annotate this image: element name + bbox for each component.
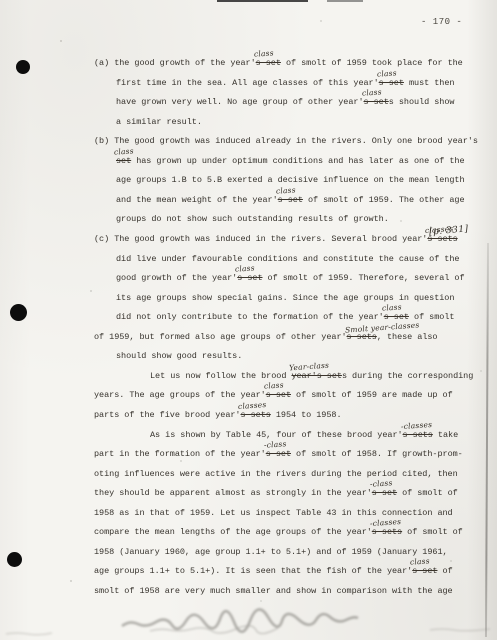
typed-text: they should be apparent almost as strong… [94,488,372,498]
text-line: As is shown by Table 45, four of these b… [150,429,458,441]
page-number: - 170 - [421,17,462,27]
typed-text: part in the formation of the year' [94,449,266,459]
text-line: and the mean weight of the year's setcla… [116,194,465,206]
typed-text: (c) The good growth was induced in the r… [94,234,427,244]
typed-text: groups do not show such outstanding resu… [116,214,389,224]
text-line: compare the mean lengths of the age grou… [94,526,463,538]
handwritten-annotation: class [381,303,401,312]
corrected-text: s setsclasses [427,233,457,245]
scanned-document-page: - 170 - [p. 331] (a) the good growth of … [0,0,497,640]
typed-text: 1954 to 1958. [271,410,342,420]
strikethrough-text: s set [237,273,262,283]
strikethrough-text: s set [266,390,291,400]
typed-text: of smolt of 1959 are made up of [291,390,453,400]
text-line: smolt of 1958 are very much smaller and … [94,585,453,597]
strikethrough-text: set [116,156,131,166]
handwritten-annotation: class [410,557,430,566]
text-line: they should be apparent almost as strong… [94,487,458,499]
handwritten-annotation: classes [425,225,454,235]
handwritten-annotation: class [263,381,283,390]
text-line: groups do not show such outstanding resu… [116,213,389,225]
typed-text: of [437,566,452,576]
typed-text: age groups 1.1+ to 5.1+). It is seen tha… [94,566,412,576]
strikethrough-text: s set [364,97,389,107]
typed-text: s during the corresponding [342,371,473,381]
scan-artifact-line [327,0,363,2]
typed-text: 1958 (January 1960, age group 1.1+ to 5.… [94,547,448,557]
handwritten-annotation: class [275,186,295,195]
bleed-through-smudge [0,600,497,640]
handwritten-annotation: -class [263,440,286,450]
typed-text: age groups 1.B to 5.B exerted a decisive… [116,175,465,185]
handwritten-annotation: -classes [400,420,432,430]
corrected-text: s set-class [372,487,397,499]
typed-text: and the mean weight of the year' [116,195,278,205]
paper-speckles [60,40,62,42]
typed-text: of smolt of 1959. The other age [303,195,465,205]
handwritten-annotation: -class [370,479,393,489]
typed-text: a similar result. [116,117,202,127]
strikethrough-text: s set [256,58,281,68]
typed-text: Let us now follow the brood [150,371,291,381]
typed-text: good growth of the year' [116,273,237,283]
typed-text: of 1959, but formed also age groups of o… [94,332,347,342]
text-line: 1958 (January 1960, age group 1.1+ to 5.… [94,546,448,558]
corrected-text: s sets-classes [403,429,433,441]
corrected-text: s setclass [266,389,291,401]
hole-punch-mark [10,304,27,321]
corrected-text: s setclass [256,57,281,69]
corrected-text: s sets-classes [372,526,402,538]
text-line: (c) The good growth was induced in the r… [94,233,458,245]
text-line: parts of the five brood year's setsclass… [94,409,342,421]
typed-text: oting influences were active in the rive… [94,469,458,479]
typed-text: As is shown by Table 45, four of these b… [150,430,403,440]
text-line: part in the formation of the year's set-… [94,448,463,460]
text-line: a similar result. [116,116,202,128]
typed-text: , these also [377,332,438,342]
text-line: age groups 1.1+ to 5.1+). It is seen tha… [94,565,453,577]
text-line: years. The age groups of the year's setc… [94,389,453,401]
handwritten-annotation: class [114,147,134,156]
strikethrough-text: s sets [403,430,433,440]
corrected-text: s setsclasses [240,409,270,421]
text-line: should show good results. [116,350,242,362]
corrected-text: year's setYear-class [291,370,342,382]
typed-text: of smolt of [402,527,463,537]
strikethrough-text: s sets [240,410,270,420]
handwritten-annotation: -classes [370,517,402,527]
typed-text: of smolt of 1958. If growth-prom- [291,449,463,459]
strikethrough-text: s sets [372,527,402,537]
typed-text: (b) The good growth was induced already … [94,136,478,146]
typed-text: of smolt of [397,488,458,498]
handwritten-annotation: class [235,264,255,273]
text-line: oting influences were active in the rive… [94,468,458,480]
text-line: have grown very well. No age group of ot… [116,96,454,108]
text-line: of 1959, but formed also age groups of o… [94,331,437,343]
hole-punch-mark [7,552,22,567]
typed-text: its age groups show special gains. Since… [116,293,454,303]
typed-text: smolt of 1958 are very much smaller and … [94,586,453,596]
typed-text: must then [404,78,455,88]
hole-punch-mark [16,60,30,74]
typed-text: parts of the five brood year' [94,410,240,420]
typed-text: have grown very well. No age group of ot… [116,97,364,107]
corrected-text: s setclass [364,96,389,108]
scan-artifact-line [217,0,308,2]
strikethrough-text: s set [266,449,291,459]
text-line: (b) The good growth was induced already … [94,135,478,147]
typed-text: did not only contribute to the formation… [116,312,384,322]
handwritten-annotation: classes [238,401,267,411]
typed-text: did live under favourable conditions and… [116,254,459,264]
typed-text: take [433,430,458,440]
strikethrough-text: s set [278,195,303,205]
corrected-text: s setclass [278,194,303,206]
strikethrough-text: s set [372,488,397,498]
strikethrough-text: year's set [291,371,342,381]
text-line: (a) the good growth of the year's setcla… [94,57,463,69]
typed-text: should show good results. [116,351,242,361]
corrected-text: s setsSmolt year-classes [347,331,377,343]
typed-text: (a) the good growth of the year' [94,58,256,68]
corrected-text: s set-class [266,448,291,460]
typed-text: compare the mean lengths of the age grou… [94,527,372,537]
typed-text: first time in the sea. All age classes o… [116,78,379,88]
typed-text: years. The age groups of the year' [94,390,266,400]
text-line: did live under favourable conditions and… [116,253,459,265]
text-line: setclass has grown up under optimum cond… [116,155,465,167]
paper-crease [485,243,489,637]
handwritten-annotation: class [376,69,396,78]
handwritten-annotation: class [253,49,273,58]
text-line: its age groups show special gains. Since… [116,292,454,304]
corrected-text: s setclass [412,565,437,577]
handwritten-annotation: class [361,88,381,97]
typed-text: has grown up under optimum conditions an… [131,156,464,166]
strikethrough-text: s set [412,566,437,576]
typed-text: s should show [389,97,455,107]
corrected-text: setclass [116,155,131,167]
text-line: first time in the sea. All age classes o… [116,77,454,89]
typed-text: of smolt of 1959 took place for the [281,58,463,68]
text-line: age groups 1.B to 5.B exerted a decisive… [116,174,465,186]
typed-text: of smolt of 1959. Therefore, several of [263,273,465,283]
corrected-text: s setclass [379,77,404,89]
corrected-text: s setclass [237,272,262,284]
text-line: good growth of the year's setclass of sm… [116,272,465,284]
strikethrough-text: s sets [427,234,457,244]
text-line: Let us now follow the brood year's setYe… [150,370,473,382]
strikethrough-text: s set [379,78,404,88]
